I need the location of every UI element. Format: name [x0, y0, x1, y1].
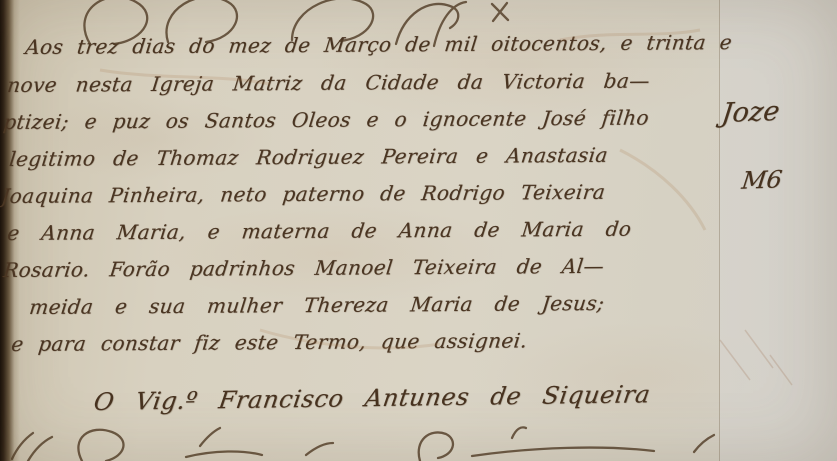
record-line-5: Joaquina Pinheira, neto paterno de Rodri… [0, 180, 607, 208]
record-line-9: e para constar fiz este Termo, que assig… [10, 328, 529, 356]
manuscript-page: Aos trez dias do mez de Março de mil oit… [0, 0, 837, 461]
record-line-4: legitimo de Thomaz Rodriguez Pereira e A… [8, 143, 609, 171]
record-line-2: nove nesta Igreja Matriz da Cidade da Vi… [6, 69, 651, 97]
record-line-3: ptizei; e puz os Santos Oleos e o ignoce… [2, 105, 650, 134]
record-line-7: Rosario. Forão padrinhos Manoel Teixeira… [2, 254, 605, 282]
handwritten-text-block: Aos trez dias do mez de Março de mil oit… [0, 0, 837, 461]
record-line-1: Aos trez dias do mez de Março de mil oit… [24, 30, 733, 59]
margin-note-child-name: Joze [720, 96, 781, 129]
record-line-6: e Anna Maria, e materna de Anna de Maria… [6, 217, 633, 245]
record-line-8: meida e sua mulher Thereza Maria de Jesu… [28, 291, 606, 319]
margin-note-mark: M6 [740, 165, 783, 194]
priest-signature: O Vig.º Francisco Antunes de Siqueira [92, 380, 652, 416]
